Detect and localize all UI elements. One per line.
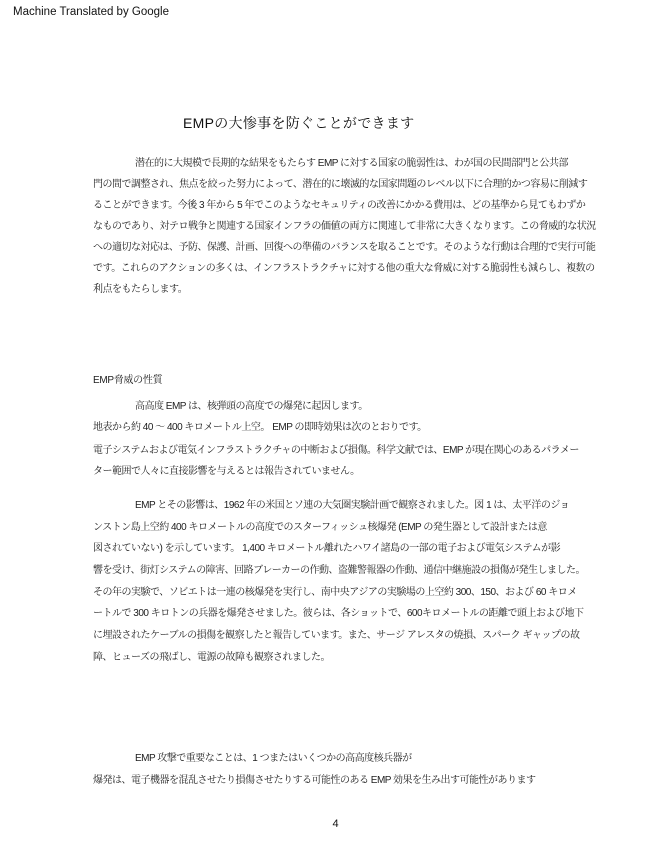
- page-number: 4: [0, 818, 671, 830]
- text-line: ることができます。今後 3 年から 5 年でこのようなセキュリティの改善にかかる…: [93, 195, 593, 216]
- paragraph-intro: 潜在的に大規模で長期的な結果をもたらす EMP に対する国家の脆弱性は、わが国の…: [93, 153, 593, 300]
- text-line: 高高度 EMP は、核弾頭の高度での爆発に起因します。: [93, 396, 593, 417]
- text-line: に埋設されたケーブルの損傷を観察したと報告しています。また、サージ アレスタの焼…: [93, 625, 593, 647]
- text-line: その年の実験で、ソビエトは一連の核爆発を実行し、南中央アジアの実験場の上空約 3…: [93, 582, 593, 604]
- text-line: 門の間で調整され、焦点を絞った努力によって、潜在的に壊滅的な国家問題のレベル以下…: [93, 174, 593, 195]
- text-line: 響を受け、街灯システムの障害、回路ブレーカーの作動、盗難警報器の作動、通信中継施…: [93, 560, 593, 582]
- paragraph-threat-nature: 高高度 EMP は、核弾頭の高度での爆発に起因します。 地表から約 40 ～ 4…: [93, 396, 593, 438]
- text-line: 利点をもたらします。: [93, 279, 593, 300]
- text-line: ンストン島上空約 400 キロメートルの高度でのスターフィッシュ核爆発 (EMP…: [93, 517, 593, 539]
- text-line: 電子システムおよび電気インフラストラクチャの中断および損傷。科学文献では、EMP…: [93, 440, 593, 461]
- page-title: EMPの大惨事を防ぐことができます: [183, 113, 414, 133]
- text-line: 図されていない) を示しています。 1,400 キロメートル離れたハワイ諸島の一…: [93, 538, 593, 560]
- text-line: 潜在的に大規模で長期的な結果をもたらす EMP に対する国家の脆弱性は、わが国の…: [93, 153, 593, 174]
- text-line: ター範囲で人々に直接影響を与えるとは報告されていません。: [93, 461, 593, 482]
- text-line: EMP とその影響は、1962 年の米国とソ連の大気圏実験計画で観察されました。…: [93, 495, 593, 517]
- text-line: です。これらのアクションの多くは、インフラストラクチャに対する他の重大な脅威に対…: [93, 258, 593, 279]
- text-line: 障、ヒューズの飛ばし、電源の故障も観察されました。: [93, 647, 593, 669]
- text-line: 爆発は、電子機器を混乱させたり損傷させたりする可能性のある EMP 効果を生み出…: [93, 770, 593, 792]
- text-line: への適切な対応は、予防、保護、計画、回復への準備のバランスを取ることです。そのよ…: [93, 237, 593, 258]
- text-line: EMP 攻撃で重要なことは、1 つまたはいくつかの高高度核兵器が: [93, 748, 593, 770]
- paragraph-effects: 電子システムおよび電気インフラストラクチャの中断および損傷。科学文献では、EMP…: [93, 440, 593, 482]
- document-page: Machine Translated by Google EMPの大惨事を防ぐこ…: [0, 0, 671, 851]
- section-heading-emp-threat-nature: EMP脅威の性質: [93, 370, 162, 391]
- paragraph-test-history: EMP とその影響は、1962 年の米国とソ連の大気圏実験計画で観察されました。…: [93, 495, 593, 669]
- text-line: 地表から約 40 ～ 400 キロメートル上空。 EMP の即時効果は次のとおり…: [93, 417, 593, 438]
- paragraph-emp-attack: EMP 攻撃で重要なことは、1 つまたはいくつかの高高度核兵器が 爆発は、電子機…: [93, 748, 593, 792]
- text-line: ートルで 300 キロトンの兵器を爆発させました。彼らは、各ショットで、600キ…: [93, 603, 593, 625]
- text-line: なものであり、対テロ戦争と関連する国家インフラの価値の両方に関連して非常に大きく…: [93, 216, 593, 237]
- machine-translated-watermark: Machine Translated by Google: [13, 6, 169, 18]
